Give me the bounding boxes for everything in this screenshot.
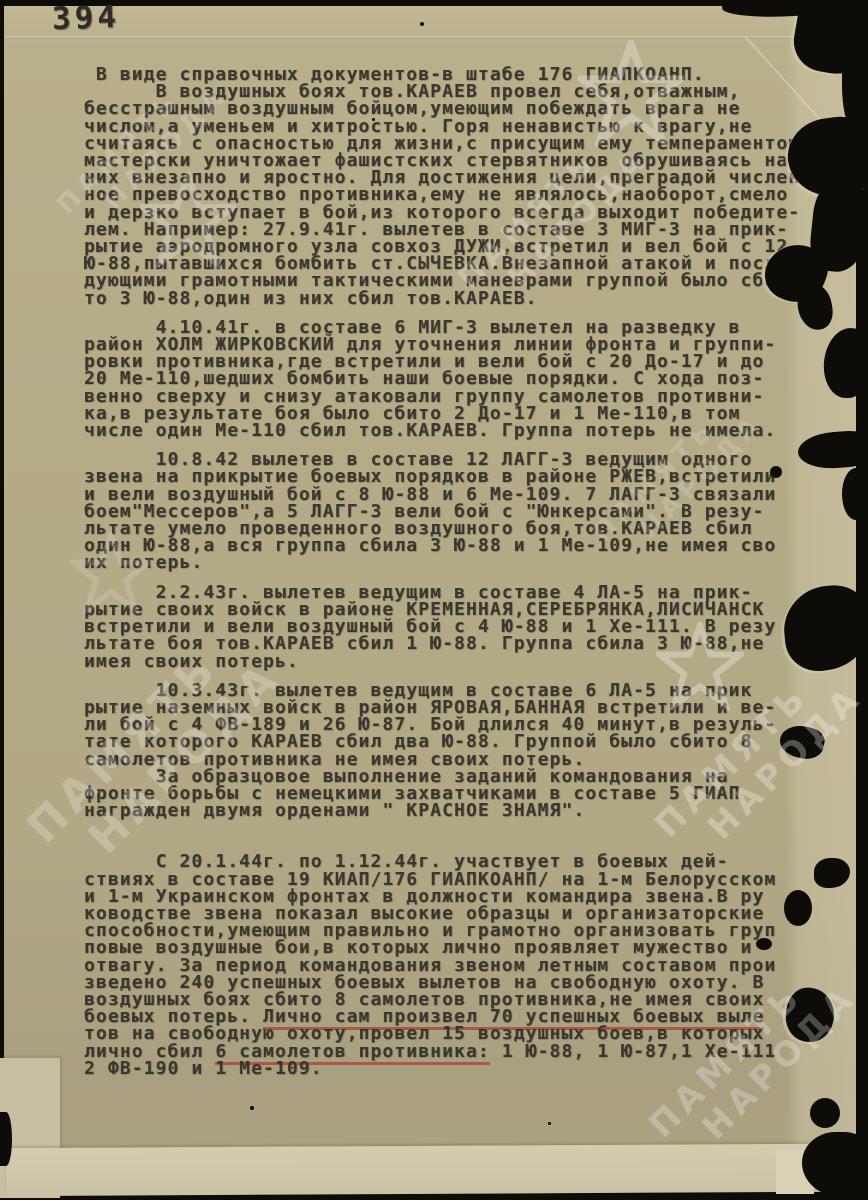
text-line: льтате боя тов.КАРАЕВ сбил 1 Ю-88. Групп… xyxy=(84,635,812,652)
text-line: тов на свободную охоту,провел 15 воздушн… xyxy=(84,1025,812,1042)
text-line: С 20.1.44г. по 1.12.44г. участвует в бое… xyxy=(84,853,812,870)
horizontal-crease xyxy=(4,36,856,39)
tape-patch-bottom-right xyxy=(776,1150,814,1194)
page-number-stamp: 394 xyxy=(51,0,120,37)
text-line: награжден двумя орденами " КРАСНОЕ ЗНАМЯ… xyxy=(84,802,812,819)
text-line: их потерь. xyxy=(84,554,812,571)
tape-strip-bottom xyxy=(6,1144,808,1196)
text-line: повые воздушные бои,в которых лично проя… xyxy=(84,939,812,956)
text-line: тате которого КАРАЕВ сбил два Ю-88. Груп… xyxy=(84,733,812,750)
text-line: числе один Ме-110 сбил тов.КАРАЕВ. Групп… xyxy=(84,422,812,439)
paragraph: 4.10.41г. в составе 6 МИГ-3 вылетел на р… xyxy=(84,319,812,439)
paragraph: В виде справочных документов-в штабе 176… xyxy=(84,66,812,307)
scanned-document-page: 394 В виде справочных документов-в штабе… xyxy=(0,0,868,1200)
paragraph: С 20.1.44г. по 1.12.44г. участвует в бое… xyxy=(84,853,812,1077)
document-text: В виде справочных документов-в штабе 176… xyxy=(84,66,812,1077)
paragraph: 2.2.43г. вылетев ведущим в составе 4 ЛА-… xyxy=(84,584,812,670)
text-line: то 3 Ю-88,один из них сбил тов.КАРАЕВ. xyxy=(84,290,812,307)
paragraph: 10.3.43г. вылетев ведущим в составе 6 ЛА… xyxy=(84,682,812,820)
text-line: имея своих потерь. xyxy=(84,653,812,670)
paragraph: 10.8.42 вылетев в составе 12 ЛАГГ-3 веду… xyxy=(84,451,812,571)
